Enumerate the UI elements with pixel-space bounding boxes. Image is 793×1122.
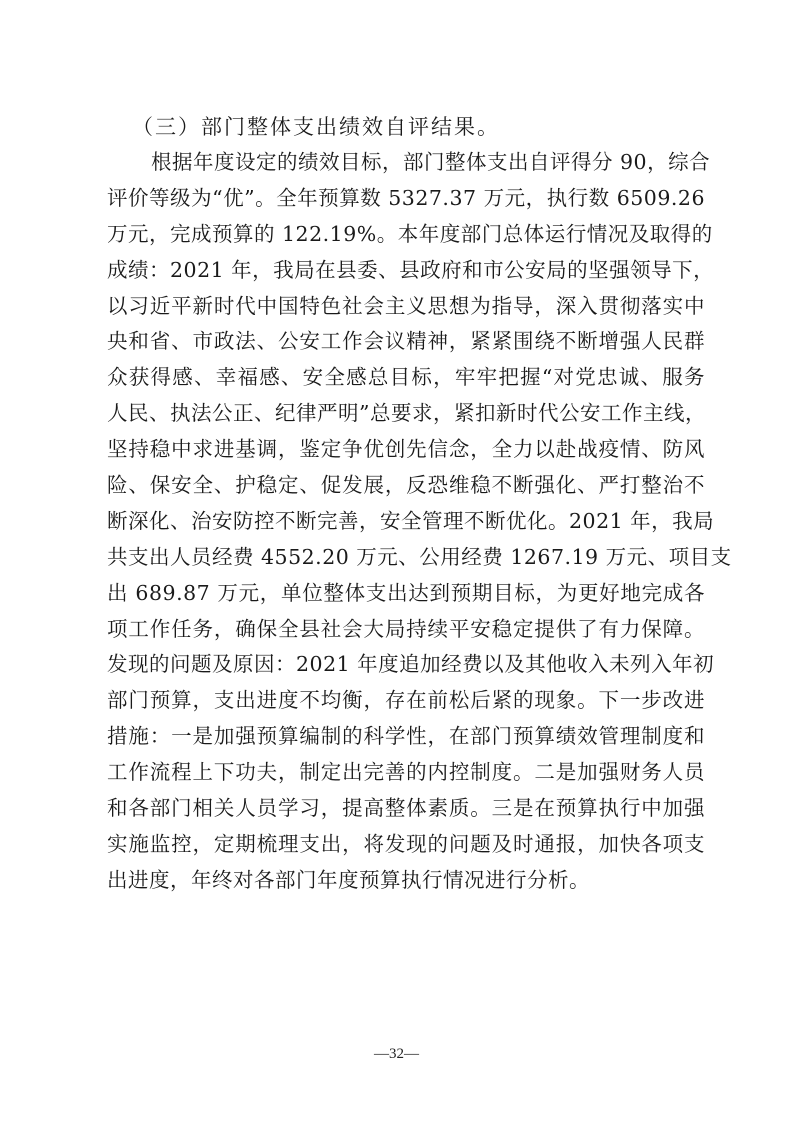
paragraph-line: 评价等级为“优”。全年预算数 5327.37 万元，执行数 6509.26 <box>107 181 705 217</box>
paragraph-line: 险、保安全、护稳定、促发展，反恐维稳不断强化、严打整治不 <box>107 468 705 504</box>
paragraph-line: 众获得感、幸福感、安全感总目标，牢牢把握“对党忠诚、服务 <box>107 360 705 396</box>
paragraph-line: 万元，完成预算的 122.19%。本年度部门总体运行情况及取得的 <box>107 217 705 253</box>
paragraph-line: 人民、执法公正、纪律严明”总要求，紧扣新时代公安工作主线， <box>107 396 705 432</box>
section-heading: （三）部门整体支出绩效自评结果。 <box>132 113 500 141</box>
page-number: —32— <box>0 1043 793 1065</box>
paragraph-line: 项工作任务，确保全县社会大局持续平安稳定提供了有力保障。 <box>107 612 705 648</box>
paragraph-line: 实施监控，定期梳理支出，将发现的问题及时通报，加快各项支 <box>107 827 705 863</box>
document-page: （三）部门整体支出绩效自评结果。 根据年度设定的绩效目标，部门整体支出自评得分 … <box>0 0 793 1122</box>
paragraph-line: 出进度，年终对各部门年度预算执行情况进行分析。 <box>107 863 705 899</box>
paragraph-line: 和各部门相关人员学习，提高整体素质。三是在预算执行中加强 <box>107 791 705 827</box>
paragraph-line: 部门预算，支出进度不均衡，存在前松后紧的现象。下一步改进 <box>107 683 705 719</box>
paragraph-line: 央和省、市政法、公安工作会议精神，紧紧围绕不断增强人民群 <box>107 324 705 360</box>
paragraph-line: 根据年度设定的绩效目标，部门整体支出自评得分 90，综合 <box>107 145 705 181</box>
paragraph-line: 成绩：2021 年，我局在县委、县政府和市公安局的坚强领导下， <box>107 253 705 289</box>
paragraph-line: 工作流程上下功夫，制定出完善的内控制度。二是加强财务人员 <box>107 755 705 791</box>
paragraph-line: 发现的问题及原因：2021 年度追加经费以及其他收入未列入年初 <box>107 647 705 683</box>
paragraph-line: 坚持稳中求进基调，鉴定争优创先信念，全力以赴战疫情、防风 <box>107 432 705 468</box>
body-paragraph: 根据年度设定的绩效目标，部门整体支出自评得分 90，综合 评价等级为“优”。全年… <box>107 145 705 899</box>
paragraph-line: 断深化、治安防控不断完善，安全管理不断优化。2021 年，我局 <box>107 504 705 540</box>
paragraph-line: 以习近平新时代中国特色社会主义思想为指导，深入贯彻落实中 <box>107 289 705 325</box>
paragraph-line: 措施：一是加强预算编制的科学性，在部门预算绩效管理制度和 <box>107 719 705 755</box>
paragraph-line: 共支出人员经费 4552.20 万元、公用经费 1267.19 万元、项目支 <box>107 540 705 576</box>
paragraph-line: 出 689.87 万元，单位整体支出达到预期目标，为更好地完成各 <box>107 576 705 612</box>
